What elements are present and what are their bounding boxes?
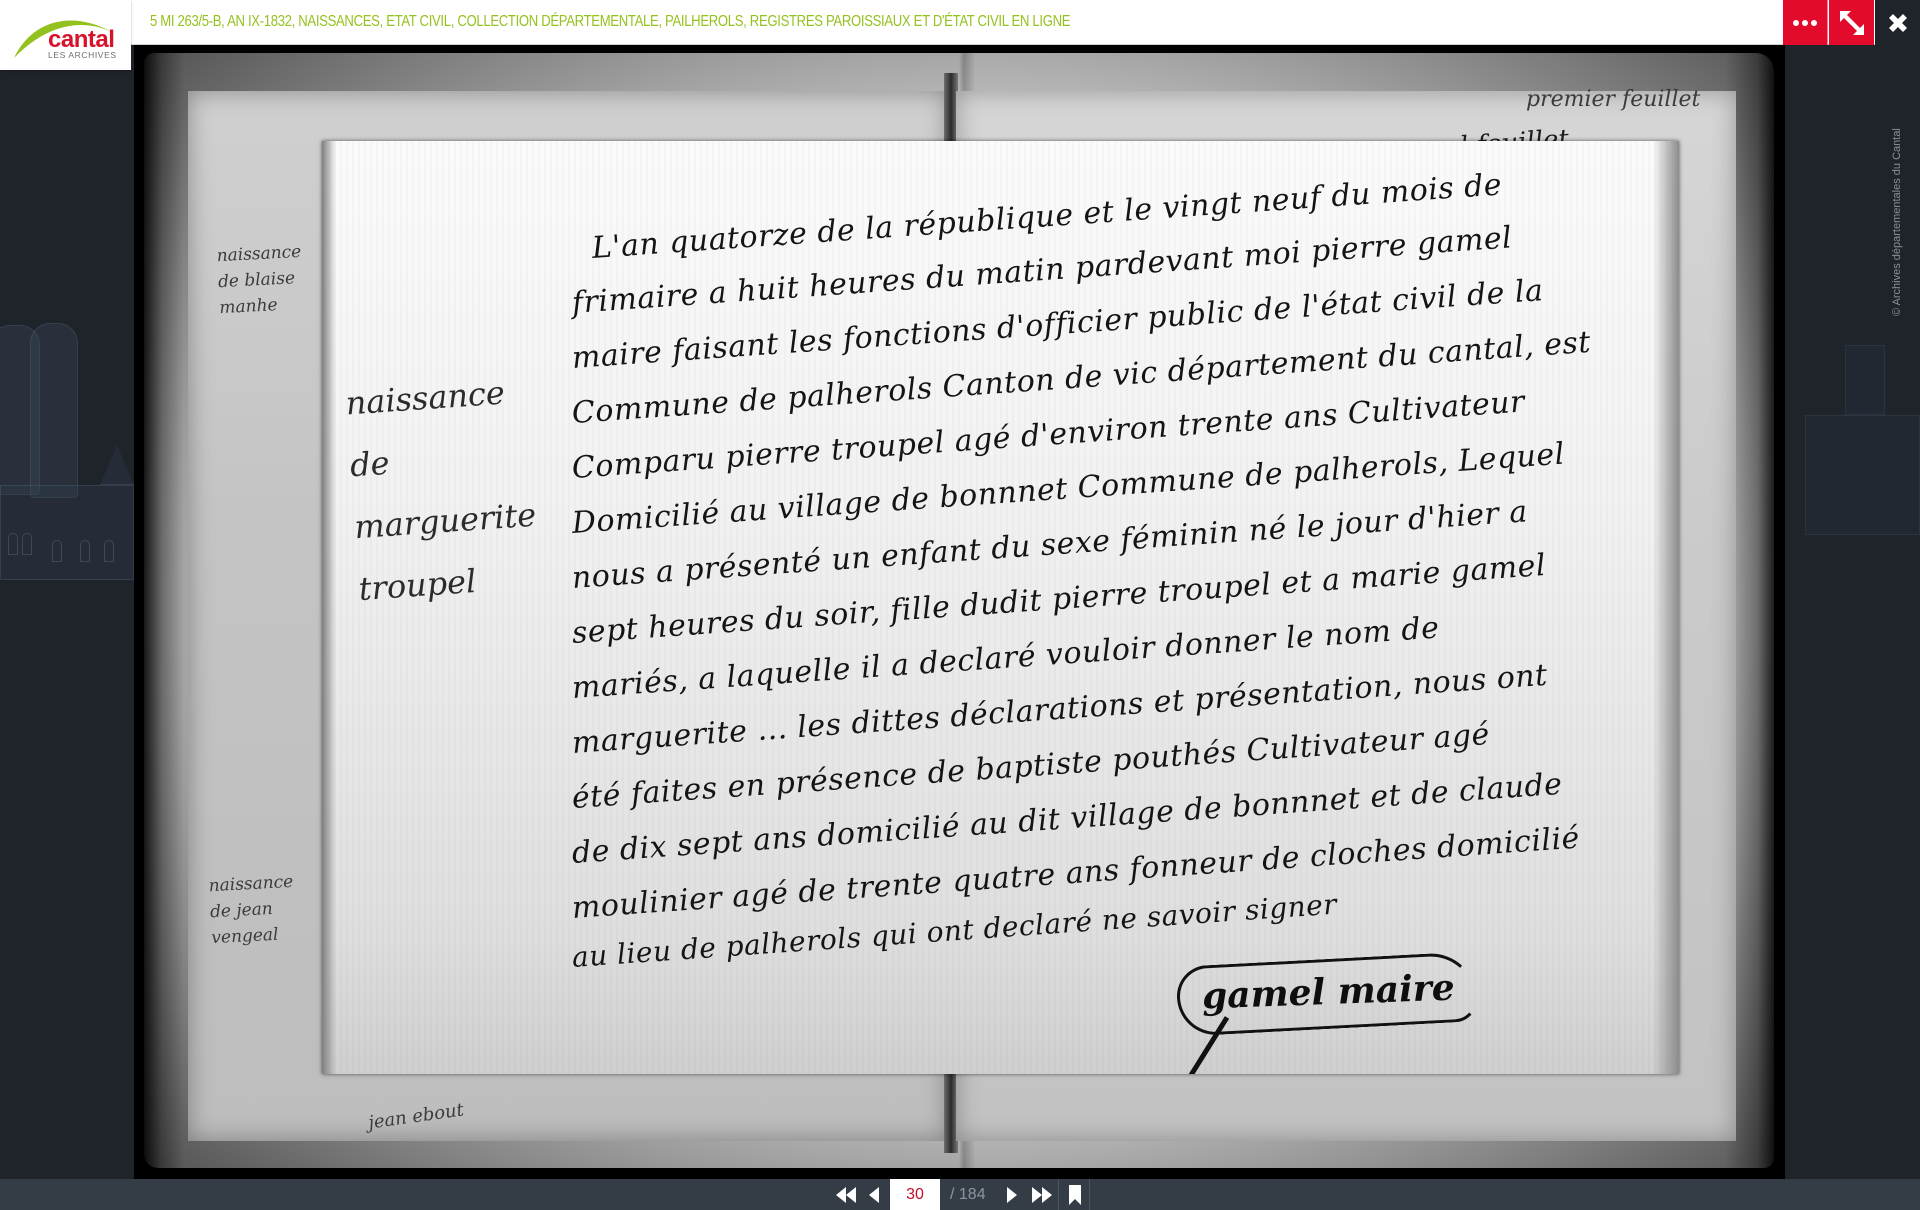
left-decorative-panel (0, 45, 134, 1179)
margin-note: naissance de jean vengeal (208, 869, 297, 951)
decorative-figure (30, 323, 78, 498)
margin-note: naissance de blaise manhe (216, 239, 305, 321)
zoom-inset[interactable]: naissance de marguerite troupel L'an qua… (322, 141, 1679, 1074)
decorative-window (22, 533, 32, 555)
page-header: premier feuillet (1526, 87, 1700, 112)
last-page-button[interactable] (1028, 1179, 1056, 1210)
close-x-icon (1886, 11, 1910, 35)
first-page-icon (834, 1186, 858, 1204)
page-number-input[interactable] (890, 1179, 940, 1210)
document-title: 5 MI 263/5-B, AN IX-1832, NAISSANCES, ET… (150, 13, 1070, 31)
viewer-app: naissance de blaise manhe naissance de j… (0, 0, 1920, 1210)
decorative-building (0, 485, 134, 580)
decorative-window (104, 540, 114, 562)
decorative-roof (100, 445, 134, 485)
decorative-tower (1845, 345, 1885, 415)
expand-arrows-icon (1838, 9, 1866, 37)
next-page-button[interactable] (1002, 1179, 1022, 1210)
mayor-signature: gamel maire (1201, 967, 1455, 1018)
document-viewer[interactable]: naissance de blaise manhe naissance de j… (134, 45, 1785, 1179)
bookmark-icon (1069, 1185, 1081, 1205)
previous-page-button[interactable] (864, 1179, 884, 1210)
divider (1089, 1179, 1090, 1210)
logo-subtitle: LES ARCHIVES (48, 50, 117, 60)
decorative-window (52, 540, 62, 562)
close-button[interactable] (1875, 0, 1920, 45)
bookmark-button[interactable] (1062, 1179, 1088, 1210)
next-page-icon (1006, 1186, 1018, 1204)
last-page-icon (1030, 1186, 1054, 1204)
signature-text: jean ebout (367, 1099, 465, 1133)
pagination-bar: / 184 (0, 1179, 1920, 1210)
cantal-archives-logo[interactable]: cantal LES ARCHIVES (0, 0, 131, 70)
decorative-window (80, 540, 90, 562)
copyright-notice: © Archives départementales du Cantal (1891, 128, 1903, 316)
inset-margin-note: naissance de marguerite troupel (344, 360, 543, 620)
previous-page-icon (868, 1186, 880, 1204)
decorative-building (1805, 415, 1920, 535)
more-options-button[interactable] (1783, 0, 1828, 45)
divider (1058, 1179, 1059, 1210)
inset-shadow (1653, 141, 1679, 1074)
inset-shadow (322, 141, 336, 1074)
first-page-button[interactable] (832, 1179, 860, 1210)
fullscreen-button[interactable] (1829, 0, 1874, 45)
decorative-window (8, 533, 18, 555)
top-header: 5 MI 263/5-B, AN IX-1832, NAISSANCES, ET… (0, 0, 1920, 45)
ellipsis-icon (1793, 20, 1817, 26)
page-total: / 184 (950, 1186, 986, 1204)
